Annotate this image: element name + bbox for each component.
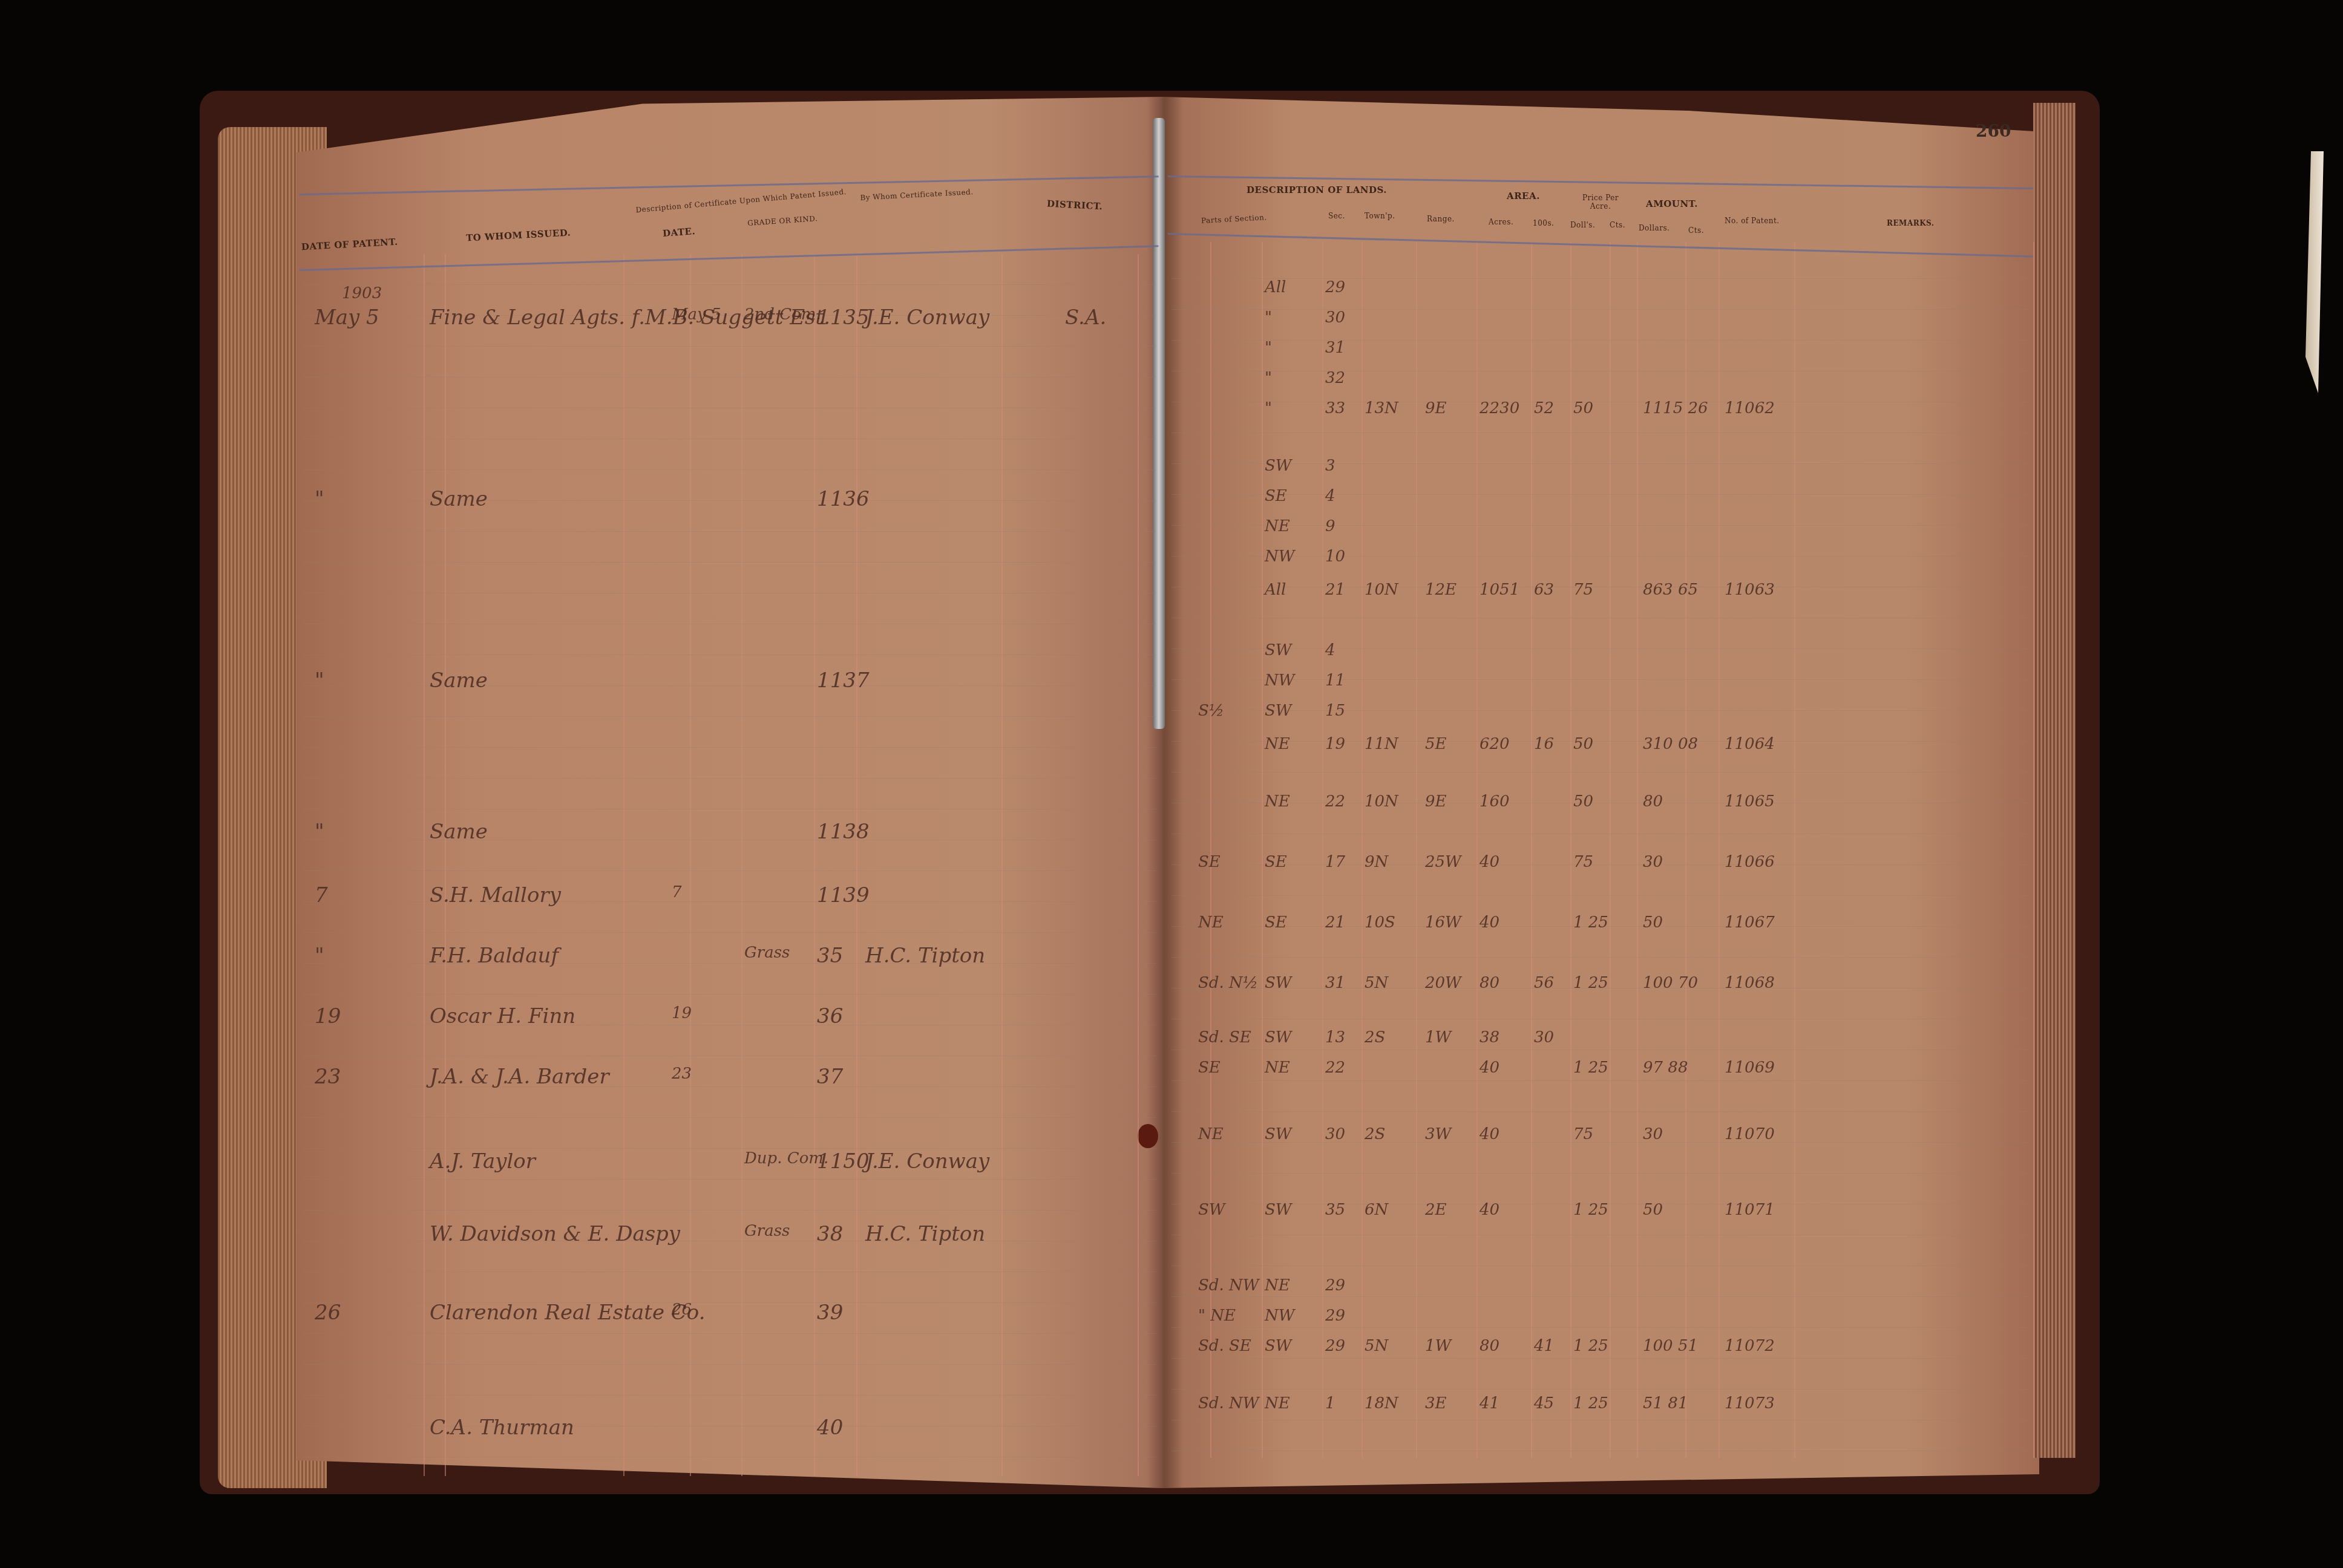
land-part: Sd. NW — [1198, 1394, 1259, 1413]
land-quarter: SW — [1265, 974, 1292, 992]
land-part: S½ — [1198, 702, 1224, 720]
entry-date: " — [315, 820, 324, 844]
entry-by-whom: J.E. Conway — [865, 1149, 989, 1174]
land-rng: 16W — [1425, 913, 1461, 932]
entry-name: S.H. Mallory — [430, 883, 561, 907]
header-remarks: REMARKS. — [1887, 219, 1935, 227]
land-sec: 9 — [1325, 517, 1335, 535]
entry-grade: 2nd Com. — [744, 305, 821, 324]
land-price: 75 — [1573, 1125, 1593, 1143]
ink-stain — [1138, 1124, 1158, 1148]
land-h: 16 — [1534, 735, 1554, 753]
land-part: NE — [1198, 1125, 1224, 1143]
row-rule — [1171, 1019, 2030, 1019]
land-quarter: " — [1265, 399, 1272, 417]
row-rule — [1171, 957, 2030, 958]
land-amount: 97 88 — [1643, 1059, 1688, 1077]
land-sec: 35 — [1325, 1201, 1345, 1219]
column-rule — [1637, 242, 1638, 1458]
row-rule — [1171, 1389, 2030, 1390]
land-amount: 100 51 — [1643, 1337, 1698, 1355]
land-twp: 2S — [1365, 1125, 1385, 1143]
land-sec: 29 — [1325, 278, 1345, 296]
land-twp: 18N — [1365, 1394, 1398, 1413]
column-rule — [1362, 242, 1363, 1458]
entry-name: Clarendon Real Estate Co. — [430, 1301, 706, 1325]
land-quarter: NW — [1265, 671, 1294, 690]
land-amount: 51 81 — [1643, 1394, 1688, 1413]
column-rule — [856, 254, 857, 1476]
row-rule — [1171, 1451, 2030, 1451]
entry-name: Oscar H. Finn — [430, 1004, 575, 1028]
column-rule — [1719, 242, 1720, 1458]
land-amount: 30 — [1643, 1125, 1663, 1143]
land-sec: 33 — [1325, 399, 1345, 417]
entry-number: 35 — [817, 944, 843, 968]
land-quarter: SE — [1265, 853, 1287, 871]
land-patent: 11072 — [1725, 1337, 1775, 1355]
land-part: Sd. SE — [1198, 1028, 1251, 1047]
row-rule — [1171, 587, 2030, 587]
row-rule — [1171, 1235, 2030, 1235]
land-quarter: All — [1265, 278, 1286, 296]
land-sec: 21 — [1325, 913, 1345, 932]
year-label: 1903 — [342, 284, 382, 302]
column-rule — [1531, 242, 1532, 1458]
land-part: " NE — [1198, 1307, 1236, 1325]
column-rule — [690, 254, 691, 1476]
entry-number: 1137 — [817, 668, 870, 693]
land-amount: 310 08 — [1643, 735, 1698, 753]
land-sec: 29 — [1325, 1337, 1345, 1355]
header-range: Range. — [1427, 215, 1455, 223]
entry-name: Same — [430, 820, 488, 844]
row-rule — [1171, 618, 2030, 618]
land-twp: 10N — [1365, 581, 1398, 599]
land-sec: 30 — [1325, 309, 1345, 327]
land-price: 1 25 — [1573, 1337, 1608, 1355]
entry-number: 1150 — [817, 1149, 870, 1174]
entry-date: 23 — [315, 1065, 341, 1089]
header-amount-cts: Cts. — [1688, 226, 1704, 235]
header-description-of-lands: DESCRIPTION OF LANDS. — [1247, 185, 1387, 195]
land-quarter: " — [1265, 309, 1272, 327]
header-cert-date: DATE. — [662, 226, 695, 239]
land-acres: 41 — [1480, 1394, 1499, 1413]
row-rule — [303, 747, 1156, 748]
land-quarter: SW — [1265, 641, 1292, 659]
column-rule — [1416, 242, 1417, 1458]
entry-date: 7 — [315, 883, 328, 907]
land-quarter: " — [1265, 339, 1272, 357]
land-quarter: SW — [1265, 1201, 1292, 1219]
land-price: 1 25 — [1573, 913, 1608, 932]
bookmark-strip — [2305, 151, 2324, 393]
row-rule — [303, 562, 1156, 563]
header-no-of-patent: No. of Patent. — [1725, 217, 1780, 225]
column-rule — [623, 254, 624, 1476]
entry-number: 36 — [817, 1004, 843, 1028]
row-rule — [303, 871, 1156, 871]
land-sec: 11 — [1325, 671, 1345, 690]
entry-by-whom: H.C. Tipton — [865, 1222, 985, 1246]
land-acres: 40 — [1480, 853, 1499, 871]
row-rule — [303, 994, 1156, 995]
row-rule — [303, 655, 1156, 655]
land-amount: 50 — [1643, 1201, 1663, 1219]
row-rule — [1171, 1050, 2030, 1050]
land-quarter: All — [1265, 581, 1286, 599]
land-rng: 1W — [1425, 1028, 1451, 1047]
entry-grade: Grass — [744, 944, 790, 962]
land-h: 30 — [1534, 1028, 1554, 1047]
row-rule — [1171, 556, 2030, 557]
land-price: 75 — [1573, 581, 1593, 599]
column-rule — [814, 254, 815, 1476]
header-price-per-acre: Price Per Acre. — [1576, 194, 1625, 211]
column-rule — [1322, 242, 1323, 1458]
land-quarter: NE — [1265, 1394, 1290, 1413]
row-rule — [303, 377, 1156, 377]
land-twp: 10S — [1365, 913, 1395, 932]
entry-by-whom: H.C. Tipton — [865, 944, 985, 968]
row-rule — [303, 593, 1156, 593]
land-sec: 13 — [1325, 1028, 1345, 1047]
header-cts: Cts. — [1610, 221, 1625, 229]
land-sec: 32 — [1325, 369, 1345, 387]
land-quarter: NE — [1265, 517, 1290, 535]
row-rule — [1171, 803, 2030, 803]
row-rule — [303, 1056, 1156, 1056]
land-patent: 11066 — [1725, 853, 1775, 871]
entry-cert-date: 7 — [672, 883, 682, 901]
row-rule — [303, 1210, 1156, 1210]
row-rule — [1171, 309, 2030, 310]
row-rule — [303, 932, 1156, 933]
row-rule — [303, 1148, 1156, 1149]
land-rng: 1W — [1425, 1337, 1451, 1355]
row-rule — [303, 284, 1156, 285]
entry-name: J.A. & J.A. Barder — [430, 1065, 609, 1089]
land-patent: 11071 — [1725, 1201, 1775, 1219]
land-rng: 9E — [1425, 399, 1447, 417]
land-quarter: SW — [1265, 457, 1292, 475]
land-amount: 50 — [1643, 913, 1663, 932]
land-h: 63 — [1534, 581, 1554, 599]
row-rule — [1171, 834, 2030, 834]
land-part: Sd. NW — [1198, 1276, 1259, 1295]
entry-name: A.J. Taylor — [430, 1149, 536, 1174]
entry-number: 38 — [817, 1222, 843, 1246]
land-acres: 160 — [1480, 792, 1510, 811]
row-rule — [1171, 741, 2030, 742]
land-quarter: NE — [1265, 792, 1290, 811]
land-sec: 22 — [1325, 792, 1345, 811]
column-rule — [445, 254, 446, 1476]
header-amount: AMOUNT. — [1646, 198, 1698, 209]
land-sec: 4 — [1325, 487, 1335, 505]
page-number: 260 — [1976, 121, 2011, 141]
row-rule — [1171, 1080, 2030, 1081]
land-patent: 11070 — [1725, 1125, 1775, 1143]
row-rule — [1171, 864, 2030, 865]
land-quarter: NW — [1265, 1307, 1294, 1325]
land-rng: 12E — [1425, 581, 1457, 599]
entry-date: " — [315, 944, 324, 968]
row-rule — [303, 439, 1156, 439]
land-quarter: SW — [1265, 1125, 1292, 1143]
land-price: 1 25 — [1573, 974, 1608, 992]
land-amount: 30 — [1643, 853, 1663, 871]
land-patent: 11067 — [1725, 913, 1775, 932]
row-rule — [1171, 494, 2030, 495]
entry-cert-date: 19 — [672, 1004, 692, 1022]
header-dollars: Dollars. — [1639, 224, 1670, 232]
land-price: 75 — [1573, 853, 1593, 871]
land-patent: 11065 — [1725, 792, 1775, 811]
row-rule — [303, 1179, 1156, 1180]
entry-name: F.H. Baldauf — [430, 944, 559, 968]
land-quarter: SW — [1265, 1337, 1292, 1355]
entry-number: 1135 — [817, 305, 870, 330]
entry-number: 39 — [817, 1301, 843, 1325]
land-acres: 40 — [1480, 1125, 1499, 1143]
book-gutter — [1147, 97, 1183, 1488]
row-rule — [303, 346, 1156, 347]
land-sec: 31 — [1325, 974, 1345, 992]
entry-district: S.A. — [1065, 305, 1106, 330]
land-sec: 4 — [1325, 641, 1335, 659]
land-rng: 3E — [1425, 1394, 1447, 1413]
land-patent: 11064 — [1725, 735, 1775, 753]
row-rule — [303, 1364, 1156, 1365]
column-rule — [741, 254, 742, 1476]
land-sec: 22 — [1325, 1059, 1345, 1077]
entry-date: " — [315, 668, 324, 693]
row-rule — [303, 469, 1156, 470]
land-part: NE — [1198, 913, 1224, 932]
right-page — [1162, 97, 2039, 1488]
row-rule — [1171, 1266, 2030, 1266]
entry-number: 40 — [817, 1416, 843, 1440]
land-acres: 80 — [1480, 974, 1499, 992]
land-twp: 10N — [1365, 792, 1398, 811]
land-amount: 100 70 — [1643, 974, 1698, 992]
right-page-edges — [2033, 103, 2076, 1458]
land-rng: 5E — [1425, 735, 1447, 753]
land-sec: 10 — [1325, 547, 1345, 566]
land-acres: 2230 — [1480, 399, 1519, 417]
land-patent: 11068 — [1725, 974, 1775, 992]
land-acres: 40 — [1480, 1201, 1499, 1219]
row-rule — [1171, 463, 2030, 464]
land-amount: 80 — [1643, 792, 1663, 811]
column-rule — [2033, 242, 2034, 1458]
column-rule — [1794, 242, 1795, 1458]
land-part: Sd. N½ — [1198, 974, 1258, 992]
row-rule — [1171, 772, 2030, 773]
entry-name: Same — [430, 487, 488, 511]
header-township: Town'p. — [1365, 212, 1395, 220]
land-twp: 5N — [1365, 1337, 1388, 1355]
land-rng: 3W — [1425, 1125, 1451, 1143]
row-rule — [1171, 371, 2030, 371]
row-rule — [1171, 1420, 2030, 1420]
column-rule — [1210, 242, 1211, 1458]
land-sec: 19 — [1325, 735, 1345, 753]
metal-binding-clip — [1153, 118, 1165, 729]
entry-name: C.A. Thurman — [430, 1416, 574, 1440]
land-rng: 2E — [1425, 1201, 1447, 1219]
land-price: 1 25 — [1573, 1201, 1608, 1219]
land-twp: 9N — [1365, 853, 1388, 871]
land-acres: 620 — [1480, 735, 1510, 753]
land-quarter: SE — [1265, 913, 1287, 932]
row-rule — [1171, 895, 2030, 896]
land-rng: 25W — [1425, 853, 1461, 871]
land-sec: 21 — [1325, 581, 1345, 599]
row-rule — [1171, 679, 2030, 680]
row-rule — [303, 809, 1156, 809]
column-rule — [1570, 242, 1571, 1458]
entry-number: 1136 — [817, 487, 870, 511]
land-sec: 1 — [1325, 1394, 1335, 1413]
row-rule — [1171, 525, 2030, 526]
row-rule — [1171, 1142, 2030, 1143]
row-rule — [1171, 402, 2030, 402]
land-quarter: NW — [1265, 547, 1294, 566]
entry-cert-date: 23 — [672, 1065, 692, 1083]
land-acres: 40 — [1480, 1059, 1499, 1077]
land-price: 1 25 — [1573, 1059, 1608, 1077]
column-rule — [1262, 242, 1263, 1458]
header-dolls: Doll's. — [1570, 221, 1595, 229]
land-price: 1 25 — [1573, 1394, 1608, 1413]
entry-date: May 5 — [315, 305, 379, 330]
row-rule — [303, 778, 1156, 779]
entry-grade: Grass — [744, 1222, 790, 1240]
land-twp: 5N — [1365, 974, 1388, 992]
land-acres: 1051 — [1480, 581, 1519, 599]
land-quarter: NE — [1265, 1059, 1290, 1077]
land-amount: 863 65 — [1643, 581, 1698, 599]
entry-cert-date: 26 — [672, 1301, 692, 1319]
land-twp: 6N — [1365, 1201, 1388, 1219]
entry-by-whom: J.E. Conway — [865, 305, 989, 330]
land-sec: 17 — [1325, 853, 1345, 871]
land-acres: 38 — [1480, 1028, 1499, 1047]
land-part: SW — [1198, 1201, 1225, 1219]
land-sec: 15 — [1325, 702, 1345, 720]
land-part: Sd. SE — [1198, 1337, 1251, 1355]
row-rule — [303, 1272, 1156, 1272]
header-hundredths: 100s. — [1533, 219, 1554, 227]
column-rule — [1685, 242, 1686, 1458]
land-h: 41 — [1534, 1337, 1554, 1355]
row-rule — [303, 1117, 1156, 1118]
land-h: 45 — [1534, 1394, 1554, 1413]
land-acres: 40 — [1480, 913, 1499, 932]
row-rule — [303, 531, 1156, 532]
row-rule — [303, 1395, 1156, 1396]
row-rule — [1171, 710, 2030, 711]
row-rule — [1171, 340, 2030, 341]
entry-date: 26 — [315, 1301, 341, 1325]
land-patent: 11063 — [1725, 581, 1775, 599]
row-rule — [303, 1457, 1156, 1457]
header-sec: Sec. — [1328, 212, 1345, 220]
land-price: 50 — [1573, 792, 1593, 811]
row-rule — [1171, 278, 2030, 279]
row-rule — [303, 716, 1156, 717]
row-rule — [1171, 1327, 2030, 1328]
land-sec: 3 — [1325, 457, 1335, 475]
entry-grade: Dup. Com. — [744, 1149, 828, 1168]
land-twp: 2S — [1365, 1028, 1385, 1047]
entry-cert-date: May 5 — [672, 305, 721, 324]
land-amount: 1115 26 — [1643, 399, 1708, 417]
land-rng: 9E — [1425, 792, 1447, 811]
row-rule — [1171, 1358, 2030, 1359]
land-sec: 29 — [1325, 1307, 1345, 1325]
land-quarter: SW — [1265, 1028, 1292, 1047]
row-rule — [303, 408, 1156, 408]
row-rule — [303, 624, 1156, 624]
land-acres: 80 — [1480, 1337, 1499, 1355]
land-patent: 11069 — [1725, 1059, 1775, 1077]
column-rule — [1138, 254, 1139, 1476]
entry-date: " — [315, 487, 324, 511]
land-sec: 30 — [1325, 1125, 1345, 1143]
land-sec: 31 — [1325, 339, 1345, 357]
entry-date: 19 — [315, 1004, 341, 1028]
entry-number: 1139 — [817, 883, 870, 907]
land-h: 56 — [1534, 974, 1554, 992]
land-part: SE — [1198, 1059, 1221, 1077]
land-quarter: SW — [1265, 702, 1292, 720]
row-rule — [1171, 1296, 2030, 1297]
land-patent: 11073 — [1725, 1394, 1775, 1413]
column-rule — [424, 254, 425, 1476]
entry-number: 1138 — [817, 820, 870, 844]
column-rule — [1610, 242, 1611, 1458]
land-quarter: " — [1265, 369, 1272, 387]
row-rule — [303, 1333, 1156, 1334]
land-twp: 11N — [1365, 735, 1398, 753]
land-quarter: NE — [1265, 735, 1290, 753]
land-patent: 11062 — [1725, 399, 1775, 417]
header-area: AREA. — [1507, 191, 1540, 201]
land-twp: 13N — [1365, 399, 1398, 417]
column-rule — [1476, 242, 1478, 1458]
land-sec: 29 — [1325, 1276, 1345, 1295]
entry-number: 37 — [817, 1065, 843, 1089]
entry-name: Same — [430, 668, 488, 693]
row-rule — [1171, 1173, 2030, 1174]
land-rng: 20W — [1425, 974, 1461, 992]
row-rule — [1171, 648, 2030, 649]
column-rule — [1001, 254, 1003, 1476]
land-h: 52 — [1534, 399, 1554, 417]
land-quarter: SE — [1265, 487, 1287, 505]
land-price: 50 — [1573, 735, 1593, 753]
header-acres: Acres. — [1489, 218, 1513, 226]
row-rule — [1171, 433, 2030, 433]
land-price: 50 — [1573, 399, 1593, 417]
land-part: SE — [1198, 853, 1221, 871]
entry-name: W. Davidson & E. Daspy — [430, 1222, 680, 1246]
row-rule — [1171, 1111, 2030, 1112]
